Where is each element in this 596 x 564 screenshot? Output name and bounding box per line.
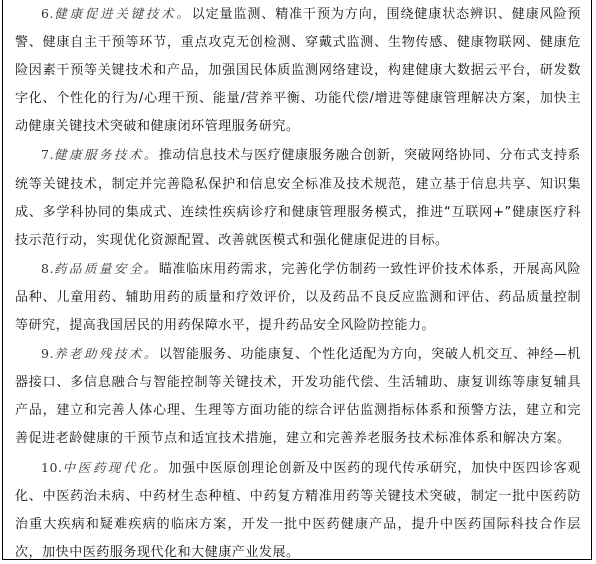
paragraph-tcm-modernization: 10.中医药现代化。加强中医原创理论创新及中医药的现代传承研究，加快中医四诊客观… — [15, 454, 581, 564]
paragraph-body: 以智能服务、功能康复、个性化适配为方向，突破人机交互、神经—机器接口、多信息融合… — [15, 347, 581, 446]
paragraph-number: 6. — [41, 6, 54, 21]
paragraph-heading-text: 健康促进关键技术。 — [54, 6, 192, 21]
paragraph-number: 10. — [41, 460, 62, 475]
paragraph-number: 9. — [41, 346, 54, 361]
paragraph-heading-text: 中医药现代化。 — [62, 460, 168, 475]
paragraph-health-service: 7.健康服务技术。推动信息技术与医疗健康服务融合创新，突破网络协同、分布式支持系… — [15, 141, 581, 254]
document-box: 6.健康促进关键技术。以定量监测、精准干预为方向，围绕健康状态辨识、健康风险预警… — [2, 0, 592, 560]
paragraph-heading: 9.养老助残技术。 — [41, 346, 159, 361]
paragraph-number: 8. — [41, 261, 54, 276]
paragraph-heading: 10.中医药现代化。 — [41, 460, 168, 475]
paragraph-health-promotion: 6.健康促进关键技术。以定量监测、精准干预为方向，围绕健康状态辨识、健康风险预警… — [15, 0, 581, 141]
paragraph-heading-text: 健康服务技术。 — [54, 147, 159, 162]
paragraph-elderly-care: 9.养老助残技术。以智能服务、功能康复、个性化适配为方向，突破人机交互、神经—机… — [15, 340, 581, 453]
paragraph-heading: 6.健康促进关键技术。 — [41, 6, 192, 21]
paragraph-body: 以定量监测、精准干预为方向，围绕健康状态辨识、健康风险预警、健康自主干预等环节，… — [15, 7, 581, 134]
paragraph-body: 加强中医原创理论创新及中医药的现代传承研究，加快中医四诊客观化、中医药治未病、中… — [15, 461, 581, 560]
paragraph-heading-text: 药品质量安全。 — [54, 261, 159, 276]
paragraph-number: 7. — [41, 147, 54, 162]
paragraph-heading-text: 养老助残技术。 — [54, 346, 159, 361]
paragraph-body: 推动信息技术与医疗健康服务融合创新，突破网络协同、分布式支持系统等关键技术，制定… — [15, 148, 581, 247]
paragraph-heading: 8.药品质量安全。 — [41, 261, 159, 276]
paragraph-heading: 7.健康服务技术。 — [41, 147, 159, 162]
paragraph-drug-quality: 8.药品质量安全。瞄准临床用药需求，完善化学仿制药一致性评价技术体系，开展高风险… — [15, 255, 581, 340]
